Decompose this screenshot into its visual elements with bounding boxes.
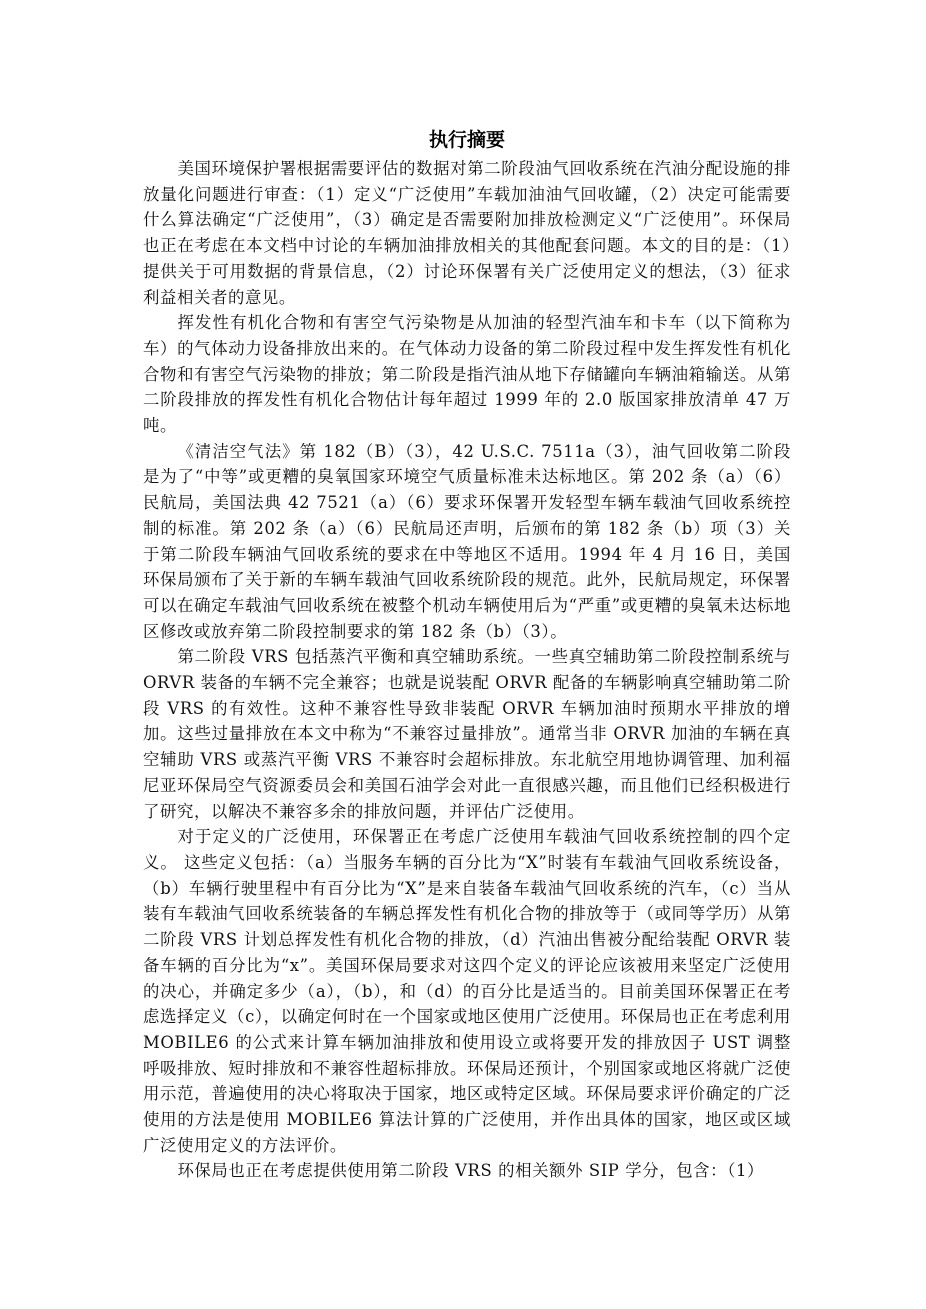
paragraph-widespread-use-definitions: 对于定义的广泛使用，环保署正在考虑广泛使用车载油气回收系统控制的四个定义。 这些…	[143, 824, 791, 1158]
paragraph-voc-emissions: 挥发性有机化合物和有害空气污染物是从加油的轻型汽油车和卡车（以下简称为车）的气体…	[143, 310, 791, 439]
paragraph-stage-two-vrs: 第二阶段 VRS 包括蒸汽平衡和真空辅助系统。一些真空辅助第二阶段控制系统与 O…	[143, 644, 791, 824]
document-page: 执行摘要 美国环境保护署根据需要评估的数据对第二阶段油气回收系统在汽油分配设施的…	[143, 128, 791, 1184]
document-title: 执行摘要	[143, 128, 791, 152]
paragraph-clean-air-act: 《清洁空气法》第 182（B）（3），42 U.S.C. 7511a（3），油气…	[143, 439, 791, 645]
paragraph-sip-credits: 环保局也正在考虑提供使用第二阶段 VRS 的相关额外 SIP 学分，包含：（1）	[143, 1158, 791, 1184]
paragraph-intro: 美国环境保护署根据需要评估的数据对第二阶段油气回收系统在汽油分配设施的排放量化问…	[143, 156, 791, 310]
